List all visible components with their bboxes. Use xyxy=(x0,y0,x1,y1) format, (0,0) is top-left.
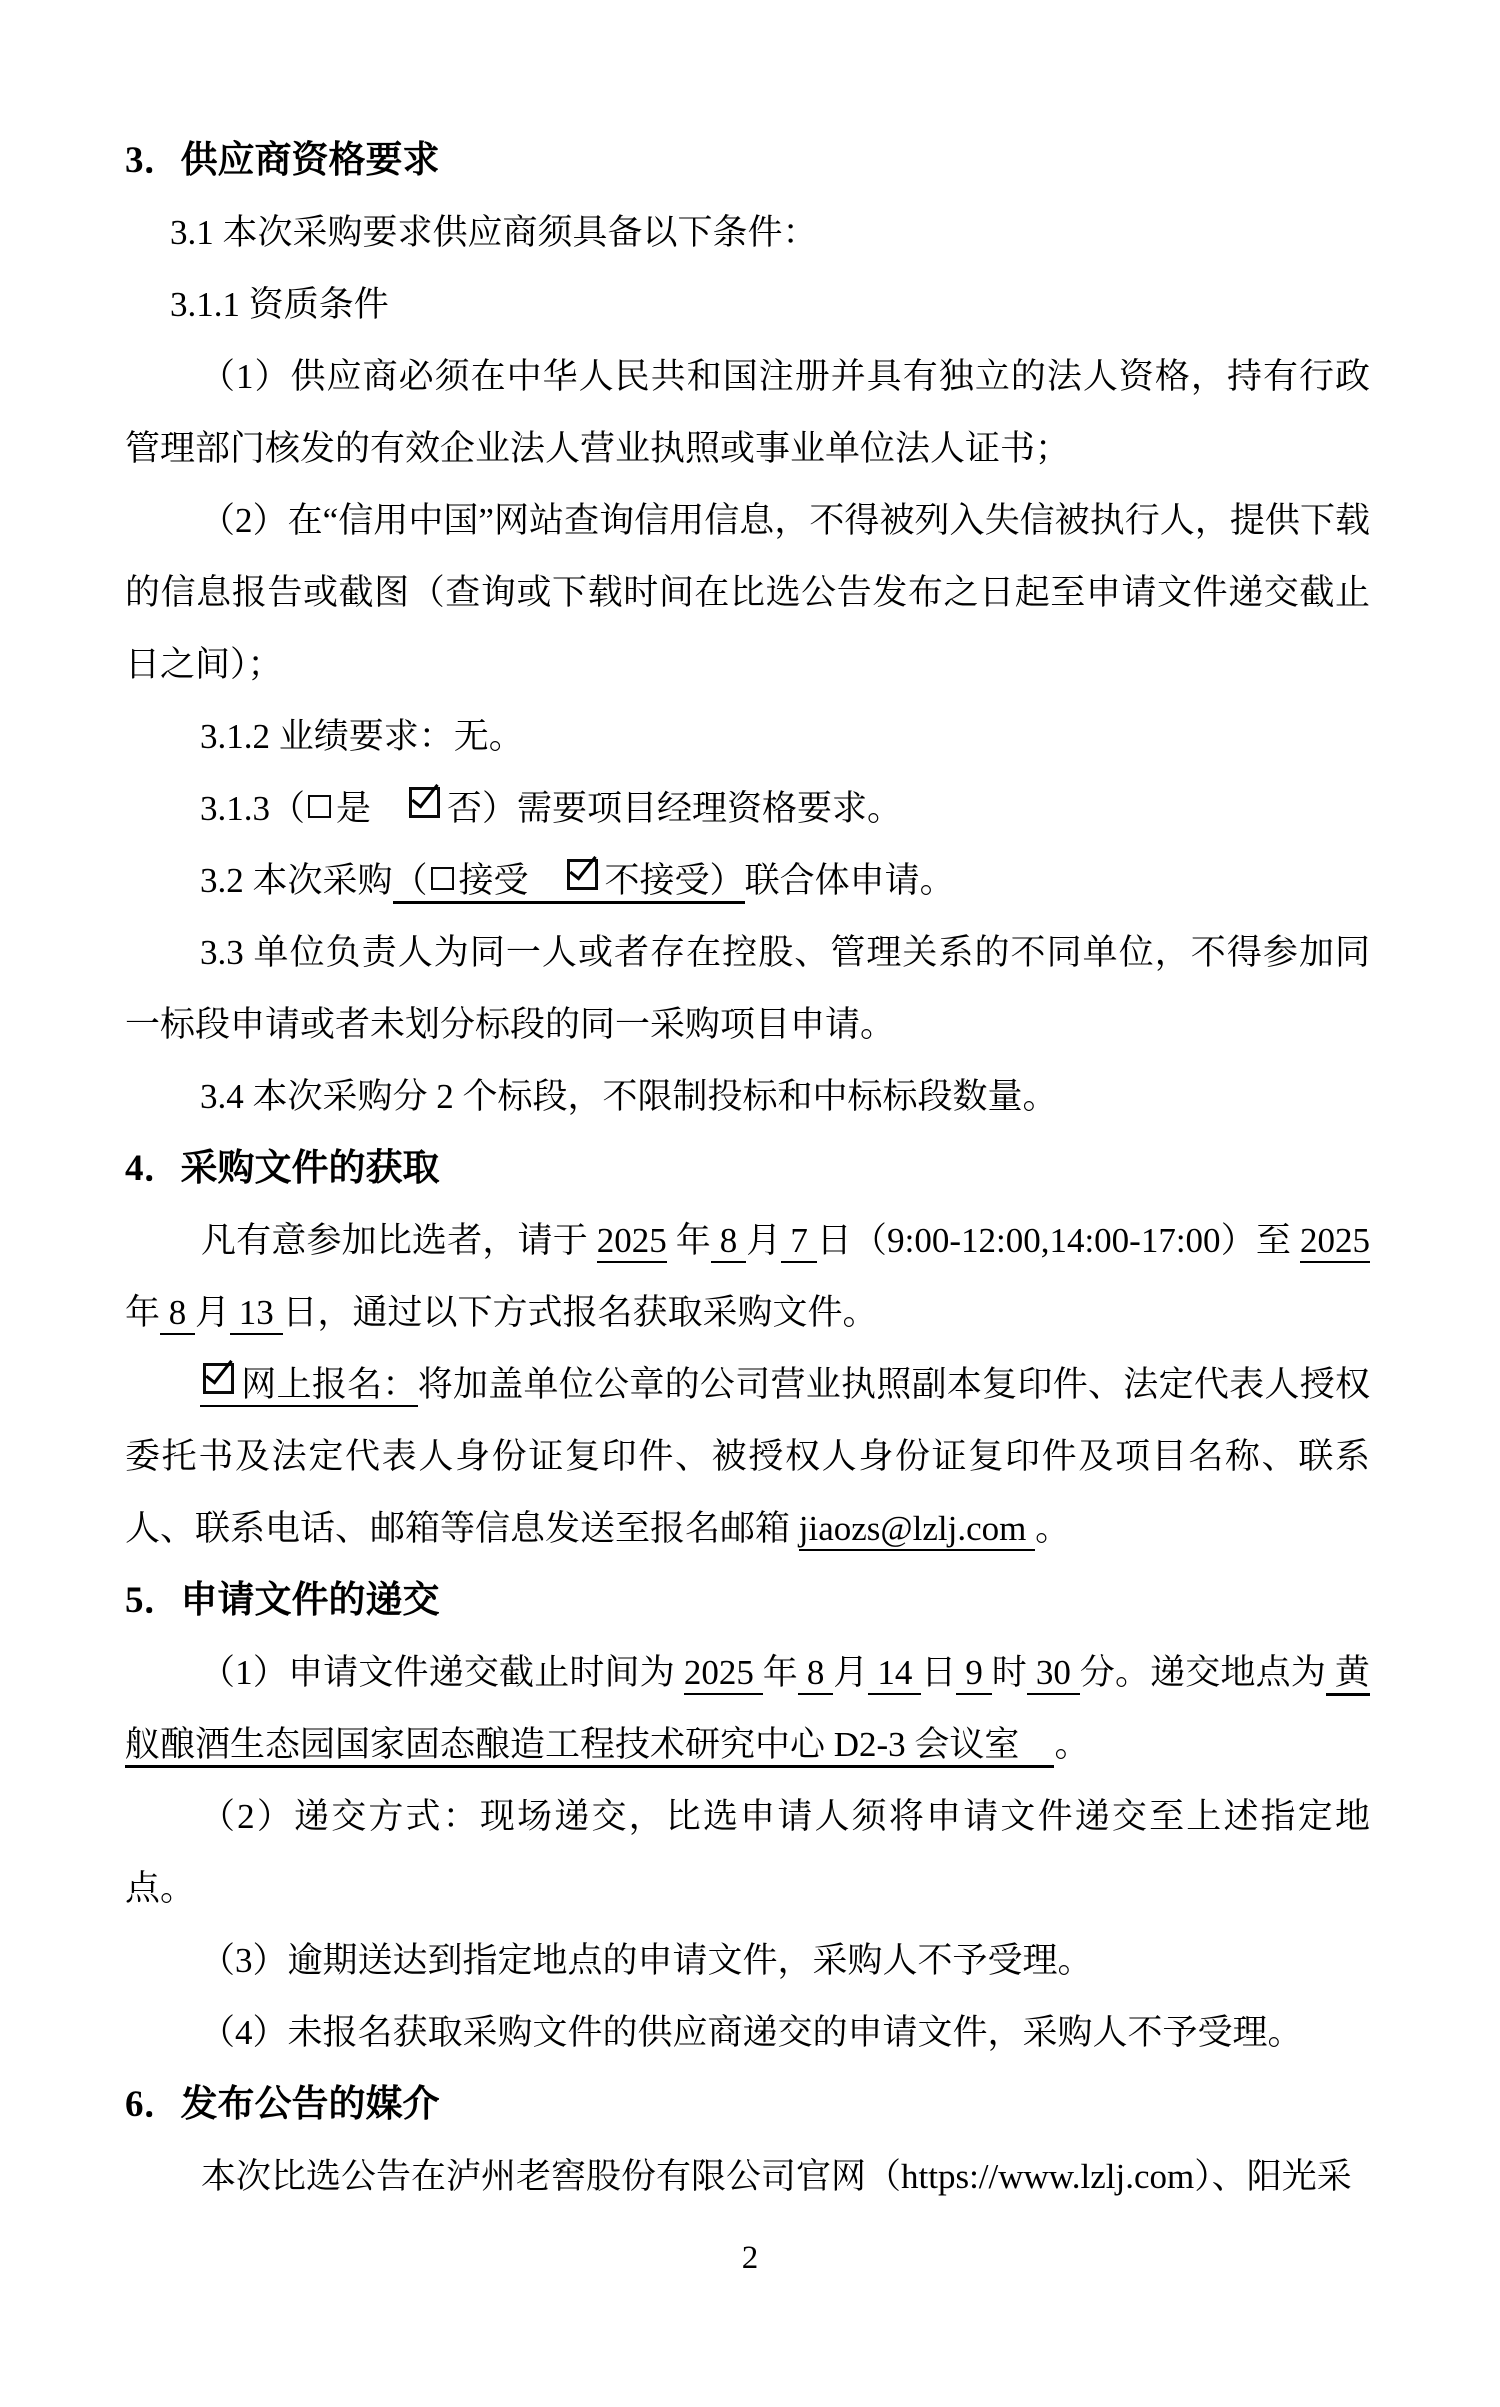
deadline-month-blank: 8 xyxy=(798,1653,833,1695)
text-run: 日（9:00-12:00,14:00-17:00）至 xyxy=(817,1221,1300,1260)
clause-3-2: 3.2 本次采购（接受 不接受）联合体申请。 xyxy=(125,845,1370,917)
clause-3-1-1-item-2: （2）在“信用中国”网站查询信用信息，不得被列入失信被执行人，提供下载的信息报告… xyxy=(125,485,1370,701)
text-run: 年 xyxy=(667,1221,711,1260)
text-run: 。 xyxy=(1035,1509,1070,1548)
start-month-blank: 8 xyxy=(711,1221,746,1263)
deadline-hour-blank: 9 xyxy=(956,1653,991,1695)
end-year-blank: 2025 xyxy=(1300,1221,1370,1263)
text-run: 4．采购文件的获取 xyxy=(125,1148,440,1189)
clause-3-3: 3.3 单位负责人为同一人或者存在控股、管理关系的不同单位，不得参加同一标段申请… xyxy=(125,917,1370,1061)
text-run: 3.4 本次采购分 2 个标段，不限制投标和中标标段数量。 xyxy=(200,1077,1058,1116)
text-run: 3.1.2 业绩要求：无。 xyxy=(200,717,524,756)
registration-email: jiaozs@lzlj.com xyxy=(799,1509,1035,1551)
text-run: 3.3 单位负责人为同一人或者存在控股、管理关系的不同单位，不得参加同一标段申请… xyxy=(125,933,1370,1044)
checkbox-unchecked-icon xyxy=(308,795,331,818)
text-run: 3.1 本次采购要求供应商须具备以下条件： xyxy=(170,213,818,252)
text-run: 是 xyxy=(336,789,406,828)
clause-4-online-registration: 网上报名：将加盖单位公章的公司营业执照副本复印件、法定代表人授权委托书及法定代表… xyxy=(125,1349,1370,1565)
section-5-heading: 5．申请文件的递交 xyxy=(125,1565,1370,1637)
text-run: 时 xyxy=(992,1653,1027,1692)
end-month-blank: 8 xyxy=(160,1293,195,1335)
text-run: （4）未报名获取采购文件的供应商递交的申请文件，采购人不予受理。 xyxy=(200,2013,1303,2052)
deadline-minute-blank: 30 xyxy=(1027,1653,1080,1695)
start-year-blank: 2025 xyxy=(597,1221,667,1263)
checkbox-checked-icon xyxy=(409,787,440,818)
text-run: （1）供应商必须在中华人民共和国注册并具有独立的法人资格，持有行政管理部门核发的… xyxy=(125,357,1370,468)
text-run: 5．申请文件的递交 xyxy=(125,1580,440,1621)
clause-5-item-1: （1）申请文件递交截止时间为 2025 年 8 月 14 日 9 时 30 分。… xyxy=(125,1637,1370,1781)
text-run: 日 xyxy=(921,1653,956,1692)
clause-3-1: 3.1 本次采购要求供应商须具备以下条件： xyxy=(125,197,1370,269)
text-run: 年 xyxy=(763,1653,798,1692)
clause-3-1-3: 3.1.3（是 否）需要项目经理资格要求。 xyxy=(125,773,1370,845)
text-run: （2）递交方式：现场递交，比选申请人须将申请文件递交至上述指定地点。 xyxy=(125,1797,1370,1908)
text-run: 3.1.3（ xyxy=(200,789,305,828)
text-run: 联合体申请。 xyxy=(745,861,955,900)
checkbox-checked-icon xyxy=(567,859,598,890)
text-run: 网上报名： xyxy=(241,1365,418,1404)
text-run: （ xyxy=(393,861,428,900)
end-day-blank: 13 xyxy=(230,1293,283,1335)
joint-bid-option-blank: （接受 不接受） xyxy=(393,861,745,904)
clause-3-4: 3.4 本次采购分 2 个标段，不限制投标和中标标段数量。 xyxy=(125,1061,1370,1133)
clause-5-item-4: （4）未报名获取采购文件的供应商递交的申请文件，采购人不予受理。 xyxy=(125,1997,1370,2069)
checkbox-unchecked-icon xyxy=(431,867,454,890)
text-run: 本次比选公告在泸州老窖股份有限公司官网（https://www.lzlj.com… xyxy=(201,2157,1352,2196)
document-body: 3．供应商资格要求3.1 本次采购要求供应商须具备以下条件：3.1.1 资质条件… xyxy=(125,125,1370,2213)
start-day-blank: 7 xyxy=(781,1221,816,1263)
deadline-day-blank: 14 xyxy=(868,1653,921,1695)
text-run: 3.2 本次采购 xyxy=(200,861,393,900)
text-run: （1）申请文件递交截止时间为 xyxy=(200,1653,684,1692)
clause-4-intro: 凡有意参加比选者，请于 2025 年 8 月 7 日（9:00-12:00,14… xyxy=(125,1205,1370,1349)
online-registration-label: 网上报名： xyxy=(200,1365,418,1407)
clause-3-1-2: 3.1.2 业绩要求：无。 xyxy=(125,701,1370,773)
clause-3-1-1: 3.1.1 资质条件 xyxy=(125,269,1370,341)
section-6-heading: 6．发布公告的媒介 xyxy=(125,2069,1370,2141)
text-run: 年 xyxy=(125,1293,160,1332)
section-3-heading: 3．供应商资格要求 xyxy=(125,125,1370,197)
text-run: 日，通过以下方式报名获取采购文件。 xyxy=(283,1293,878,1332)
text-run: 。 xyxy=(1054,1725,1089,1764)
text-run: 月 xyxy=(833,1653,868,1692)
text-run: 接受 xyxy=(459,861,564,900)
text-run: 6．发布公告的媒介 xyxy=(125,2084,440,2125)
text-run: 3.1.1 资质条件 xyxy=(170,285,389,324)
text-run: 月 xyxy=(746,1221,781,1260)
text-run: 分。递交地点为 xyxy=(1080,1653,1326,1692)
text-run: 3．供应商资格要求 xyxy=(125,140,440,181)
text-run: 月 xyxy=(195,1293,230,1332)
document-page: 3．供应商资格要求3.1 本次采购要求供应商须具备以下条件：3.1.1 资质条件… xyxy=(0,0,1500,2407)
text-run: 凡有意参加比选者，请于 xyxy=(201,1221,597,1260)
text-run: 不接受） xyxy=(605,861,745,900)
clause-5-item-2: （2）递交方式：现场递交，比选申请人须将申请文件递交至上述指定地点。 xyxy=(125,1781,1370,1925)
clause-5-item-3: （3）逾期送达到指定地点的申请文件，采购人不予受理。 xyxy=(125,1925,1370,1997)
page-number: 2 xyxy=(0,2240,1500,2277)
text-run: （2）在“信用中国”网站查询信用信息，不得被列入失信被执行人，提供下载的信息报告… xyxy=(125,501,1370,684)
text-run: 否）需要项目经理资格要求。 xyxy=(447,789,902,828)
clause-3-1-1-item-1: （1）供应商必须在中华人民共和国注册并具有独立的法人资格，持有行政管理部门核发的… xyxy=(125,341,1370,485)
deadline-year-blank: 2025 xyxy=(684,1653,763,1695)
section-4-heading: 4．采购文件的获取 xyxy=(125,1133,1370,1205)
text-run: （3）逾期送达到指定地点的申请文件，采购人不予受理。 xyxy=(200,1941,1093,1980)
checkbox-checked-icon xyxy=(203,1363,234,1394)
clause-6-intro: 本次比选公告在泸州老窖股份有限公司官网（https://www.lzlj.com… xyxy=(125,2141,1370,2213)
